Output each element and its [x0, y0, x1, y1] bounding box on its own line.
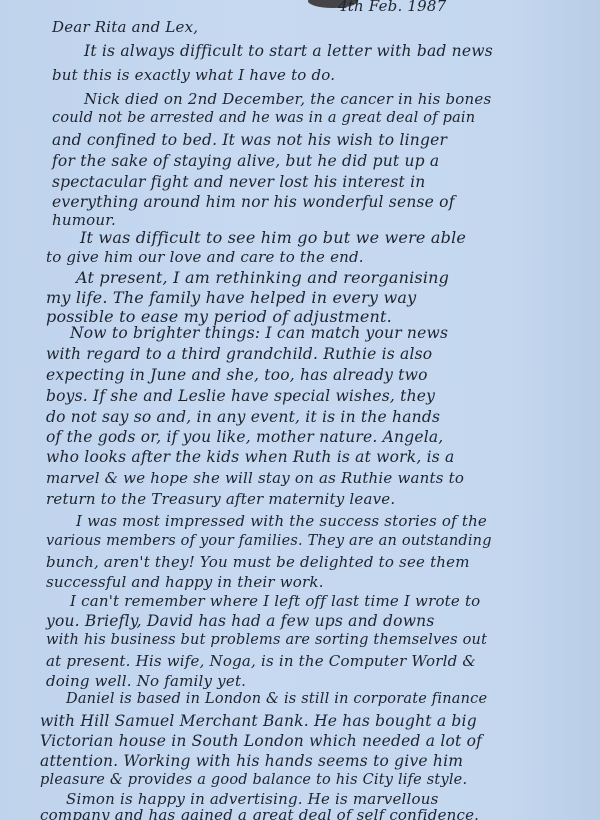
letter-line: could not be arrested and he was in a gr… [52, 110, 475, 126]
letter-line: everything around him nor his wonderful … [52, 193, 455, 211]
letter-line: attention. Working with his hands seems … [40, 752, 463, 770]
salutation: Dear Rita and Lex, [52, 18, 198, 36]
letter-line: expecting in June and she, too, has alre… [46, 366, 428, 384]
letter-line: I can't remember where I left off last t… [70, 592, 480, 610]
handwritten-letter: 4th Feb. 1987 Dear Rita and Lex, It is a… [0, 0, 600, 820]
letter-line: return to the Treasury after maternity l… [46, 490, 395, 508]
letter-line: do not say so and, in any event, it is i… [46, 408, 440, 426]
letter-line: and confined to bed. It was not his wish… [52, 131, 447, 149]
letter-line: Daniel is based in London & is still in … [66, 691, 487, 707]
letter-line: It is always difficult to start a letter… [84, 42, 493, 60]
letter-line: who looks after the kids when Ruth is at… [46, 448, 454, 466]
letter-line: At present, I am rethinking and reorgani… [76, 268, 449, 287]
letter-line: boys. If she and Leslie have special wis… [46, 387, 435, 405]
letter-line: various members of your families. They a… [46, 533, 492, 549]
letter-line: company and has gained a great deal of s… [40, 806, 479, 820]
letter-line: for the sake of staying alive, but he di… [52, 152, 439, 170]
letter-line: marvel & we hope she will stay on as Rut… [46, 469, 464, 487]
letter-line: but this is exactly what I have to do. [52, 66, 335, 84]
letter-line: doing well. No family yet. [46, 672, 246, 690]
letter-line: bunch, aren't they! You must be delighte… [46, 553, 470, 571]
letter-line: at present. His wife, Noga, is in the Co… [46, 652, 476, 670]
letter-page: 4th Feb. 1987 Dear Rita and Lex, It is a… [0, 0, 600, 820]
letter-line: Now to brighter things: I can match your… [70, 324, 448, 342]
letter-line: with regard to a third grandchild. Ruthi… [46, 345, 432, 363]
letter-date: 4th Feb. 1987 [338, 0, 446, 15]
letter-line: pleasure & provides a good balance to hi… [40, 772, 467, 788]
letter-line: with his business but problems are sorti… [46, 632, 487, 648]
letter-line: successful and happy in their work. [46, 573, 324, 591]
letter-line: Victorian house in South London which ne… [40, 732, 482, 750]
letter-line: humour. [52, 211, 116, 229]
letter-line: my life. The family have helped in every… [46, 288, 416, 307]
letter-line: you. Briefly, David has had a few ups an… [46, 612, 435, 630]
letter-line: to give him our love and care to the end… [46, 248, 364, 266]
letter-line: with Hill Samuel Merchant Bank. He has b… [40, 712, 477, 730]
letter-line: Nick died on 2nd December, the cancer in… [84, 90, 491, 108]
letter-line: It was difficult to see him go but we we… [80, 228, 466, 247]
letter-line: spectacular fight and never lost his int… [52, 173, 425, 191]
letter-line: of the gods or, if you like, mother natu… [46, 428, 443, 446]
letter-line: I was most impressed with the success st… [76, 512, 487, 530]
